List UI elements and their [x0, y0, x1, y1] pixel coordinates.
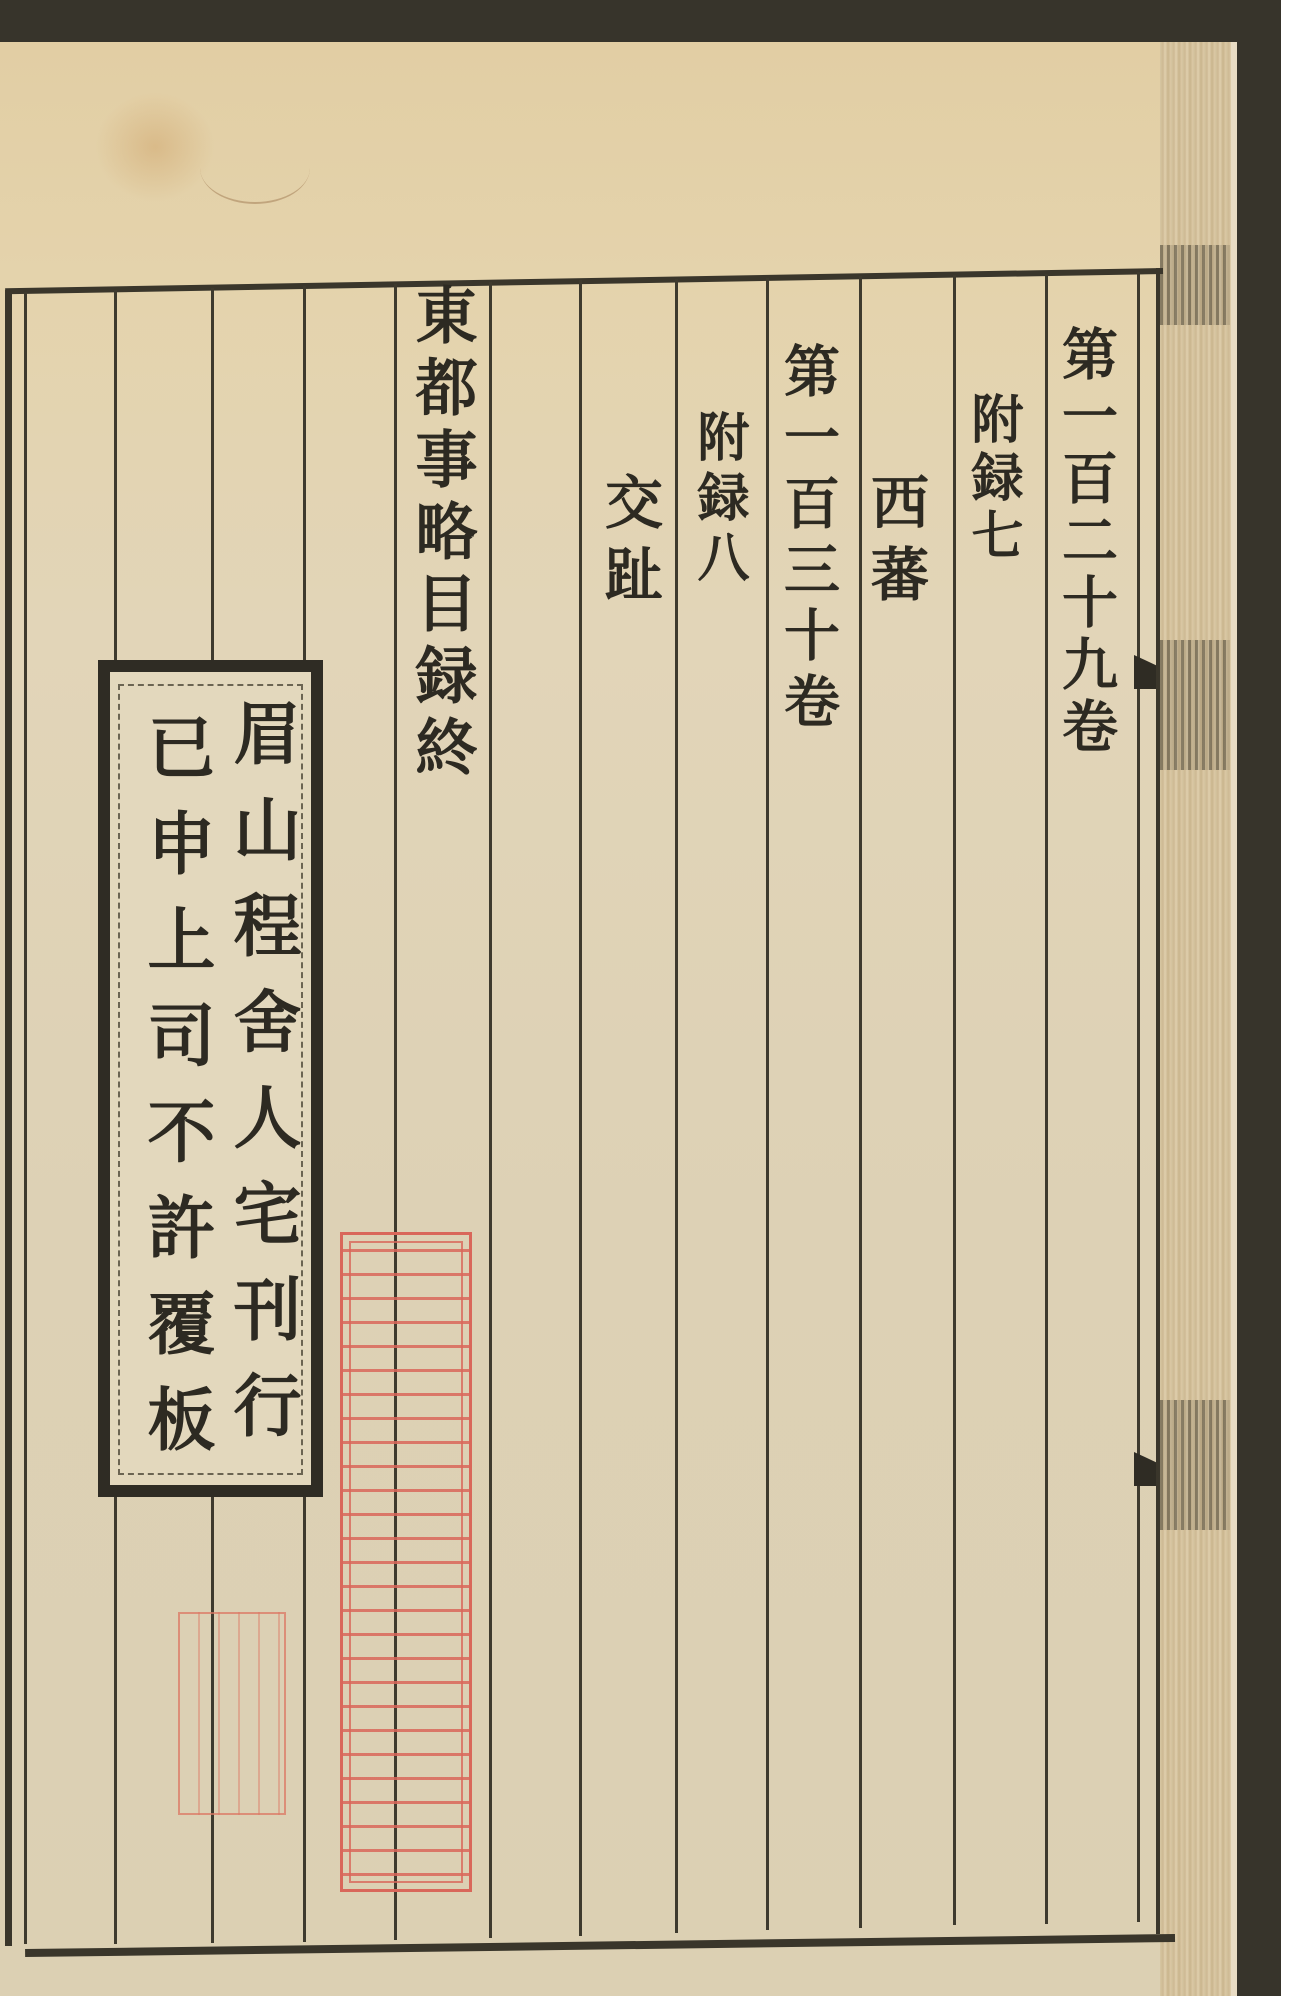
frame-right-border: [1156, 268, 1160, 1934]
column-text-volume-129: 第一百二十九卷: [1058, 325, 1114, 759]
paper-crease: [200, 132, 310, 204]
column-rule: [1137, 272, 1140, 1922]
column-rule: [489, 282, 492, 1938]
colophon-right-line: 眉山程舍人宅刊行: [228, 698, 296, 1466]
small-red-seal: [178, 1612, 286, 1815]
frame-left-border: [5, 290, 12, 1946]
column-rule: [953, 275, 956, 1925]
colophon-box: 眉山程舍人宅刊行 已申上司不許覆板: [98, 660, 323, 1497]
column-text-volume-130: 第一百三十卷: [780, 342, 836, 738]
column-rule: [579, 280, 582, 1936]
column-text-toc-end: 東都事略目録終: [410, 283, 472, 787]
large-red-seal: [340, 1232, 472, 1892]
fold-ink-mark: [1160, 640, 1230, 770]
page-fold-edge: [1160, 42, 1237, 1996]
seal-inner-border: [349, 1241, 463, 1883]
column-text-xifan: 西蕃: [866, 472, 924, 616]
fold-ink-mark: [1160, 1400, 1230, 1530]
colophon-left-line: 已申上司不許覆板: [142, 712, 210, 1480]
column-text-appendix-8: 附録八: [692, 410, 744, 590]
column-rule: [675, 279, 678, 1933]
column-text-appendix-7: 附録七: [966, 392, 1018, 566]
column-text-jiaozhi: 交趾: [600, 472, 658, 616]
paper-stain: [95, 92, 215, 202]
column-rule: [766, 278, 769, 1930]
page-edge-highlight: [1231, 42, 1237, 1996]
fold-ink-mark: [1160, 245, 1230, 325]
column-rule: [1045, 274, 1048, 1924]
column-rule: [24, 292, 27, 1944]
